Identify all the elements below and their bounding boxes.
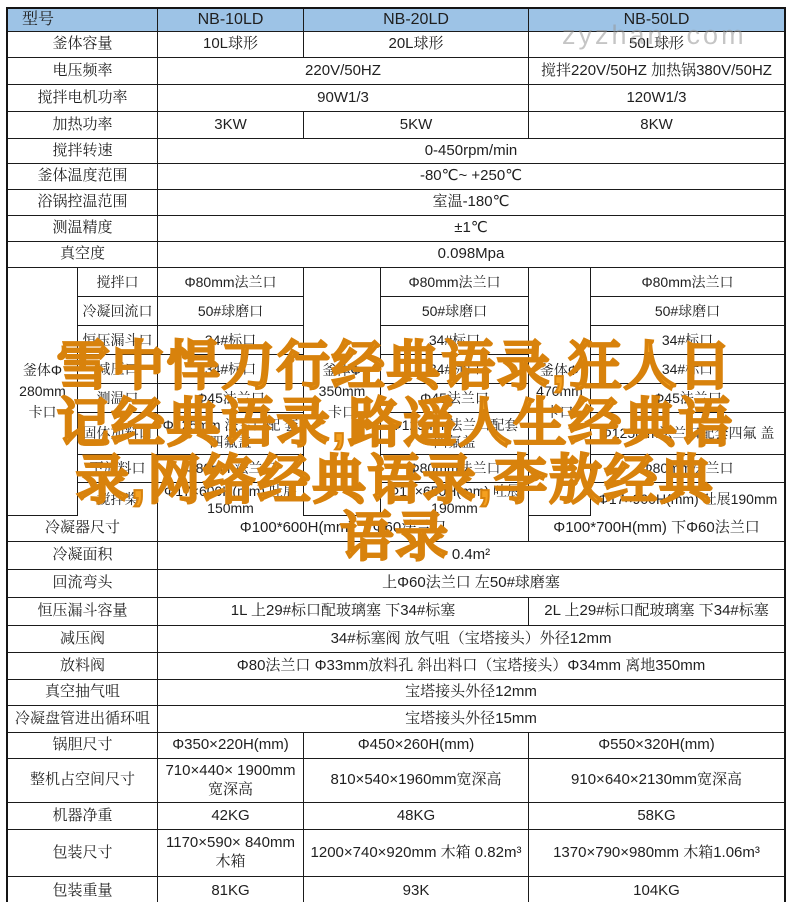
kettle-value: Φ80mm法兰口: [381, 268, 529, 297]
header-model-nb20ld: NB-20LD: [304, 9, 529, 32]
cell-value: 1170×590× 840mm 木箱: [158, 830, 304, 877]
cell-value: 34#标塞阀 放气咀（宝塔接头）外径12mm: [158, 626, 784, 653]
row-label: 釜体容量: [8, 32, 158, 58]
row-label: 冷凝盘管进出循环咀: [8, 706, 158, 733]
table-row-temp-range: 釜体温度范围 -80℃~ +250℃: [8, 164, 784, 190]
cell-value: 220V/50HZ: [158, 58, 529, 85]
overlay-quote-line: 记经典语录,路遥人生经典语: [0, 395, 790, 452]
table-row-motor-power: 搅拌电机功率 90W1/3 120W1/3: [8, 85, 784, 112]
table-row-discharge-valve: 放料阀 Φ80法兰口 Φ33mm放料孔 斜出料口（宝塔接头）Φ34mm 离地35…: [8, 653, 784, 680]
cell-value: Φ80法兰口 Φ33mm放料孔 斜出料口（宝塔接头）Φ34mm 离地350mm: [158, 653, 784, 680]
overlay-quote-text: 雪中悍刀行经典语录,狂人日 记经典语录,路遥人生经典语 录,网络经典语录,李敖经…: [0, 338, 790, 566]
header-model-nb10ld: NB-10LD: [158, 9, 304, 32]
table-row-vacuum: 真空度 0.098Mpa: [8, 242, 784, 268]
cell-value: 2L 上29#标口配玻璃塞 下34#标塞: [529, 598, 784, 626]
row-label: 回流弯头: [8, 570, 158, 598]
cell-value: 93K: [304, 877, 529, 902]
row-label: 恒压漏斗容量: [8, 598, 158, 626]
table-row-relief-valve: 减压阀 34#标塞阀 放气咀（宝塔接头）外径12mm: [8, 626, 784, 653]
kettle-value: 50#球磨口: [158, 297, 304, 326]
cell-value: 48KG: [304, 803, 529, 830]
row-label: 釜体温度范围: [8, 164, 158, 190]
header-model-label: 型号: [8, 9, 158, 32]
row-label: 加热功率: [8, 112, 158, 139]
cell-value: 0.098Mpa: [158, 242, 784, 268]
cell-value: -80℃~ +250℃: [158, 164, 784, 190]
table-row-funnel-capacity: 恒压漏斗容量 1L 上29#标口配玻璃塞 下34#标塞 2L 上29#标口配玻璃…: [8, 598, 784, 626]
overlay-quote-line: 录,网络经典语录,李敖经典: [0, 452, 790, 509]
table-row-voltage: 电压频率 220V/50HZ 搅拌220V/50HZ 加热锅380V/50HZ: [8, 58, 784, 85]
cell-value: 81KG: [158, 877, 304, 902]
cell-value: 搅拌220V/50HZ 加热锅380V/50HZ: [529, 58, 784, 85]
row-label: 测温精度: [8, 216, 158, 242]
table-row-reflux-elbow: 回流弯头 上Φ60法兰口 左50#球磨塞: [8, 570, 784, 598]
row-label: 搅拌电机功率: [8, 85, 158, 112]
cell-value: 室温-180℃: [158, 190, 784, 216]
table-row-package-size: 包装尺寸 1170×590× 840mm 木箱 1200×740×920mm 木…: [8, 830, 784, 877]
row-label: 真空抽气咀: [8, 680, 158, 706]
cell-value: Φ350×220H(mm): [158, 733, 304, 759]
cell-value: 810×540×1960mm宽深高: [304, 759, 529, 803]
table-row-temp-accuracy: 测温精度 ±1℃: [8, 216, 784, 242]
cell-value: 42KG: [158, 803, 304, 830]
row-label: 放料阀: [8, 653, 158, 680]
cell-value: 5KW: [304, 112, 529, 139]
kettle-value: Φ80mm法兰口: [158, 268, 304, 297]
table-row-vacuum-nozzle: 真空抽气咀 宝塔接头外径12mm: [8, 680, 784, 706]
row-label: 机器净重: [8, 803, 158, 830]
table-row-bath-temp: 浴锅控温范围 室温-180℃: [8, 190, 784, 216]
row-label: 锅胆尺寸: [8, 733, 158, 759]
table-row-heating-power: 加热功率 3KW 5KW 8KW: [8, 112, 784, 139]
row-label: 包装重量: [8, 877, 158, 902]
cell-value: Φ550×320H(mm): [529, 733, 784, 759]
table-row-package-weight: 包装重量 81KG 93K 104KG: [8, 877, 784, 902]
cell-value: 1370×790×980mm 木箱1.06m³: [529, 830, 784, 877]
table-row-stir-speed: 搅拌转速 0-450rpm/min: [8, 139, 784, 164]
cell-value: ±1℃: [158, 216, 784, 242]
cell-value: 90W1/3: [158, 85, 529, 112]
table-row-coil-nozzle: 冷凝盘管进出循环咀 宝塔接头外径15mm: [8, 706, 784, 733]
table-row-pot-size: 锅胆尺寸 Φ350×220H(mm) Φ450×260H(mm) Φ550×32…: [8, 733, 784, 759]
table-row-net-weight: 机器净重 42KG 48KG 58KG: [8, 803, 784, 830]
site-watermark: zyzhan. com: [562, 20, 747, 51]
table-row-machine-size: 整机占空间尺寸 710×440× 1900mm宽深高 810×540×1960m…: [8, 759, 784, 803]
cell-value: 58KG: [529, 803, 784, 830]
cell-value: Φ450×260H(mm): [304, 733, 529, 759]
cell-value: 20L球形: [304, 32, 529, 58]
kettle-value: 50#球磨口: [591, 297, 784, 326]
row-label: 真空度: [8, 242, 158, 268]
row-label: 包装尺寸: [8, 830, 158, 877]
cell-value: 1L 上29#标口配玻璃塞 下34#标塞: [158, 598, 529, 626]
cell-value: 104KG: [529, 877, 784, 902]
cell-value: 10L球形: [158, 32, 304, 58]
cell-value: 宝塔接头外径12mm: [158, 680, 784, 706]
cell-value: 120W1/3: [529, 85, 784, 112]
cell-value: 0-450rpm/min: [158, 139, 784, 164]
cell-value: 宝塔接头外径15mm: [158, 706, 784, 733]
kettle-sublabel: 搅拌口: [78, 268, 158, 297]
cell-value: 910×640×2130mm宽深高: [529, 759, 784, 803]
kettle-value: 50#球磨口: [381, 297, 529, 326]
row-label: 搅拌转速: [8, 139, 158, 164]
row-label: 浴锅控温范围: [8, 190, 158, 216]
kettle-value: Φ80mm法兰口: [591, 268, 784, 297]
kettle-sublabel: 冷凝回流口: [78, 297, 158, 326]
cell-value: 1200×740×920mm 木箱 0.82m³: [304, 830, 529, 877]
overlay-quote-line: 雪中悍刀行经典语录,狂人日: [0, 338, 790, 395]
cell-value: 8KW: [529, 112, 784, 139]
row-label: 整机占空间尺寸: [8, 759, 158, 803]
cell-value: 3KW: [158, 112, 304, 139]
row-label: 减压阀: [8, 626, 158, 653]
row-label: 电压频率: [8, 58, 158, 85]
cell-value: 上Φ60法兰口 左50#球磨塞: [158, 570, 784, 598]
cell-value: 710×440× 1900mm宽深高: [158, 759, 304, 803]
overlay-quote-line: 语录: [0, 509, 790, 566]
